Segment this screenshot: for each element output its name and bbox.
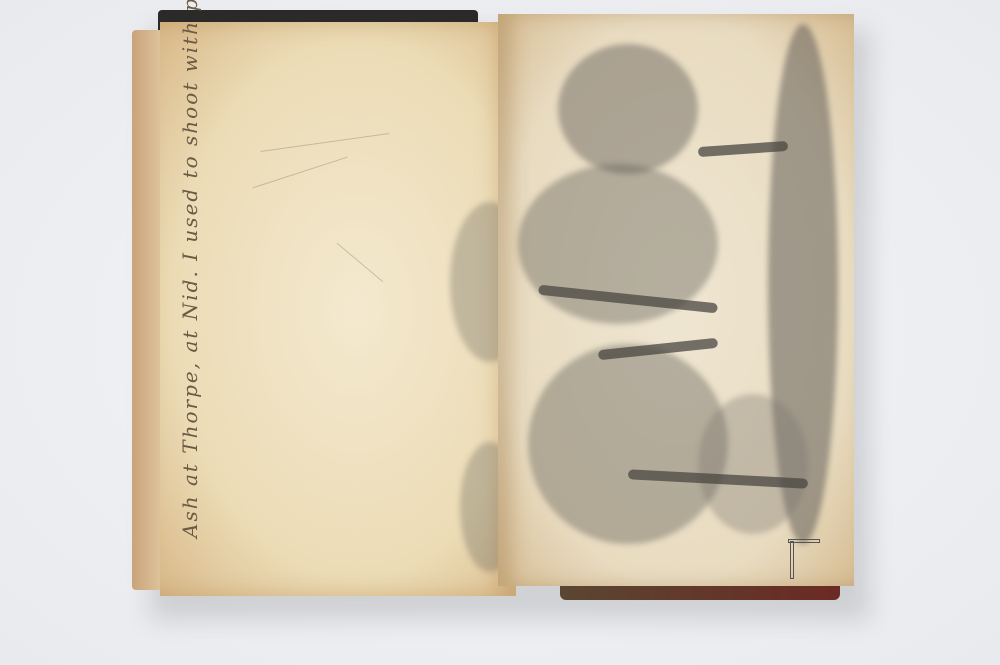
fence-post — [790, 541, 794, 579]
pencil-sketch-line — [261, 133, 390, 152]
tree-foliage-wash — [528, 344, 728, 544]
pencil-sketch-line — [337, 243, 384, 282]
ground-wash — [698, 394, 808, 534]
tree-foliage-wash — [558, 44, 698, 174]
handwritten-note: Ash at Thorpe, at Nid. I used to shoot w… — [178, 38, 206, 538]
right-page — [498, 14, 854, 586]
left-page — [160, 22, 516, 596]
pencil-sketch-line — [252, 157, 347, 189]
